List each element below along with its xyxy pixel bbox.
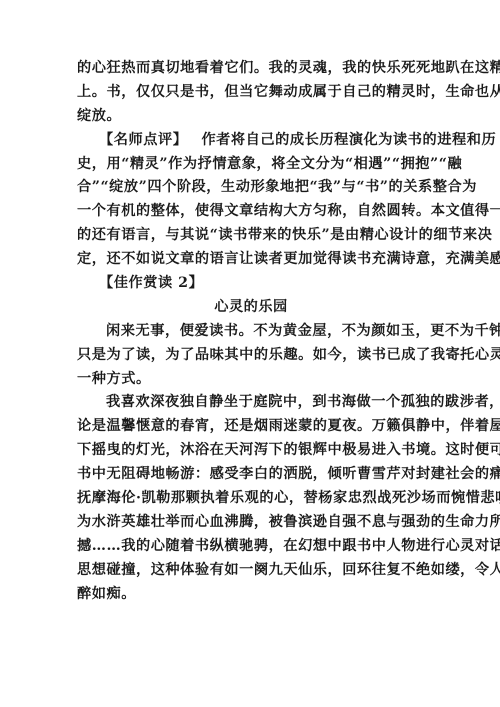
text-line: 的还有语言，与其说“读书带来的快乐”是由精心设计的细节来决 [77,224,425,248]
text-line: 上。书，仅仅只是书，但当它舞动成属于自己的精灵时，生命也从此 [77,81,425,105]
teacher-comment-text: 作者将自己的成长历程演化为读书的进程和历 [201,132,496,148]
text-line: 绽放。 [77,105,425,129]
essay-paragraph-2: 我喜欢深夜独自静坐于庭院中，到书海做一个孤独的跋涉者，无 论是温馨惬意的春宵，还… [77,391,425,606]
essay-title: 心灵的乐园 [77,296,425,320]
text-line: 【名师点评】作者将自己的成长历程演化为读书的进程和历 [77,129,425,153]
document-page: 的心狂热而真切地看着它们。我的灵魂，我的快乐死死地趴在这精灵 上。书，仅仅只是书… [77,57,425,606]
text-line: 抚摩海伦·凯勒那颗执着乐观的心，替杨家忠烈战死沙场而惋惜悲叹， [77,487,425,511]
essay-paragraph-1: 闲来无事，便爱读书。不为黄金屋，不为颜如玉，更不为千钟粟； 只是为了读，为了品味… [77,320,425,392]
text-line: 我喜欢深夜独自静坐于庭院中，到书海做一个孤独的跋涉者，无 [77,391,425,415]
text-line: 闲来无事，便爱读书。不为黄金屋，不为颜如玉，更不为千钟粟； [77,320,425,344]
teacher-comment: 【名师点评】作者将自己的成长历程演化为读书的进程和历 史，用“精灵”作为抒情意象… [77,129,425,272]
text-line: 论是温馨惬意的春宵，还是烟雨迷蒙的夏夜。万籁俱静中，伴着屋檐 [77,415,425,439]
text-line: 一种方式。 [77,368,425,392]
text-line: 史，用“精灵”作为抒情意象，将全文分为“相遇”“拥抱”“融 [77,153,425,177]
text-line: 合”“绽放”四个阶段，生动形象地把“我”与“书”的关系整合为 [77,176,425,200]
teacher-comment-label: 【名师点评】 [99,132,187,148]
text-line: 只是为了读，为了品味其中的乐趣。如今，读书已成了我寄托心灵的 [77,344,425,368]
text-line: 思想碰撞，这种体验有如一阕九天仙乐，回环往复不绝如缕，令人如 [77,559,425,583]
text-line: 定，还不如说文章的语言让读者更加觉得读书充满诗意，充满美感。 [77,248,425,272]
text-line: 下摇曳的灯光，沐浴在天河泻下的银辉中极易进入书境。这时便可在 [77,439,425,463]
text-line: 一个有机的整体，使得文章结构大方匀称，自然圆转。本文值得一提 [77,200,425,224]
text-line: 撼……我的心随着书纵横驰骋，在幻想中跟书中人物进行心灵对话， [77,535,425,559]
text-line: 的心狂热而真切地看着它们。我的灵魂，我的快乐死死地趴在这精灵 [77,57,425,81]
text-line: 为水浒英雄壮举而心血沸腾，被鲁滨逊自强不息与强劲的生命力所震 [77,511,425,535]
intro-paragraph: 的心狂热而真切地看着它们。我的灵魂，我的快乐死死地趴在这精灵 上。书，仅仅只是书… [77,57,425,129]
essay-section-label: 【佳作赏读 2】 [77,272,425,296]
text-line: 醉如痴。 [77,583,425,607]
text-line: 书中无阻碍地畅游：感受李白的洒脱，倾听曹雪芹对封建社会的痛斥， [77,463,425,487]
